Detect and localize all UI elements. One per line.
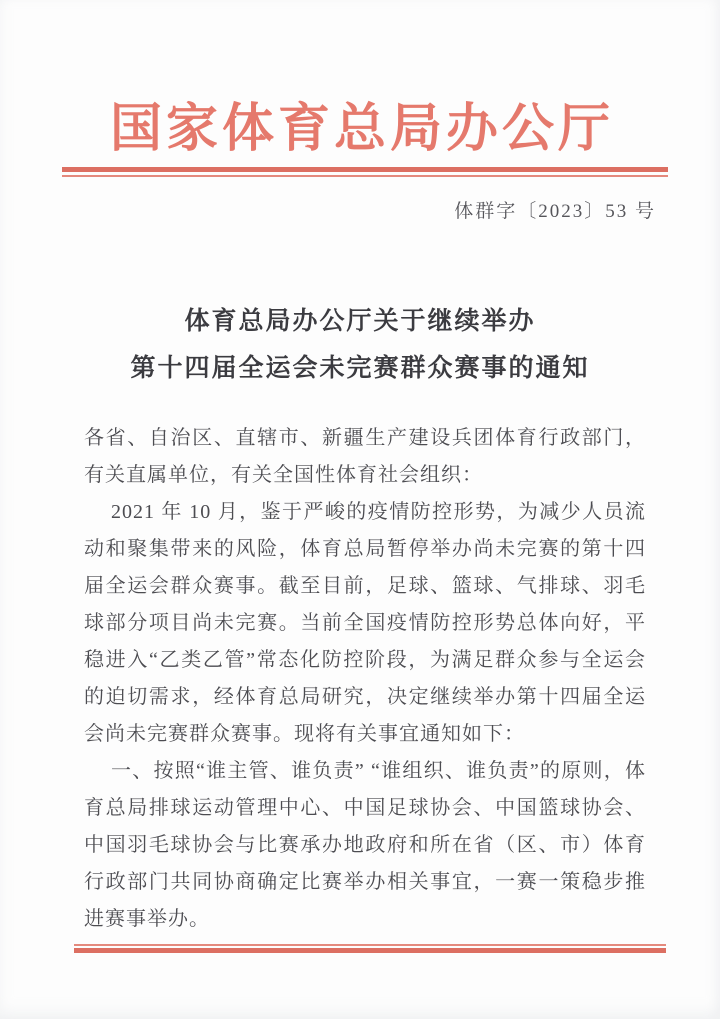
salutation-paragraph: 各省、自治区、直辖市、新疆生产建设兵团体育行政部门，有关直属单位，有关全国性体育… (84, 420, 646, 494)
document-title: 体育总局办公厅关于继续举办 第十四届全运会未完赛群众赛事的通知 (0, 298, 720, 392)
document-title-line2: 第十四届全运会未完赛群众赛事的通知 (0, 345, 720, 392)
agency-header: 国家体育总局办公厅 (0, 86, 720, 161)
footer-rule (74, 944, 666, 953)
body-paragraph-2: 一、按照“谁主管、谁负责” “谁组织、谁负责”的原则，体育总局排球运动管理中心、… (84, 753, 646, 938)
document-title-line1: 体育总局办公厅关于继续举办 (0, 298, 720, 345)
header-rule-thin-line (62, 175, 668, 177)
header-rule (62, 167, 668, 177)
body-paragraph-1: 2021 年 10 月，鉴于严峻的疫情防控形势，为减少人员流动和聚集带来的风险，… (84, 494, 646, 753)
document-page: 国家体育总局办公厅 体群字〔2023〕53 号 体育总局办公厅关于继续举办 第十… (0, 0, 720, 1019)
document-body: 各省、自治区、直辖市、新疆生产建设兵团体育行政部门，有关直属单位，有关全国性体育… (84, 420, 646, 938)
document-number: 体群字〔2023〕53 号 (454, 196, 656, 223)
footer-rule-thick-line (74, 948, 666, 953)
